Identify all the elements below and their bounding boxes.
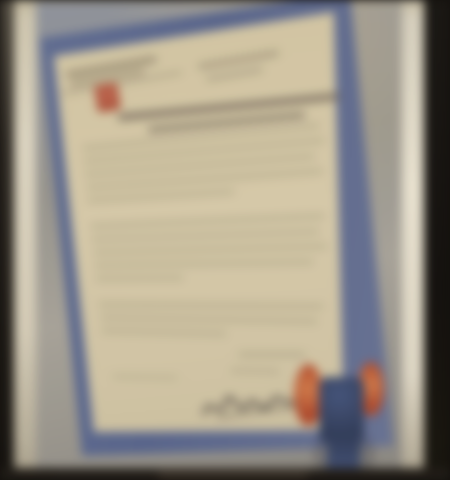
award-ribbon-center	[319, 377, 364, 443]
framed-letter-photo: Out-of-focus photograph of a framed type…	[0, 0, 450, 480]
body-text-line	[93, 244, 328, 255]
body-text-line	[94, 259, 314, 267]
date-line	[206, 67, 264, 82]
body-text-line	[91, 229, 320, 241]
letterhead-seal	[94, 82, 121, 112]
date-line	[198, 50, 280, 70]
body-text-line	[95, 275, 184, 280]
postscript-line	[112, 374, 178, 380]
frame-bottom-strip-highlight	[158, 470, 308, 479]
heading-line	[118, 93, 340, 121]
closing-line	[230, 368, 280, 373]
photo-layer	[0, 0, 450, 480]
body-text-line	[87, 189, 235, 203]
body-text-line	[100, 315, 318, 323]
body-text-line	[98, 302, 324, 308]
body-text-line	[90, 214, 325, 229]
body-text-line	[101, 328, 227, 336]
closing-line	[238, 352, 306, 357]
